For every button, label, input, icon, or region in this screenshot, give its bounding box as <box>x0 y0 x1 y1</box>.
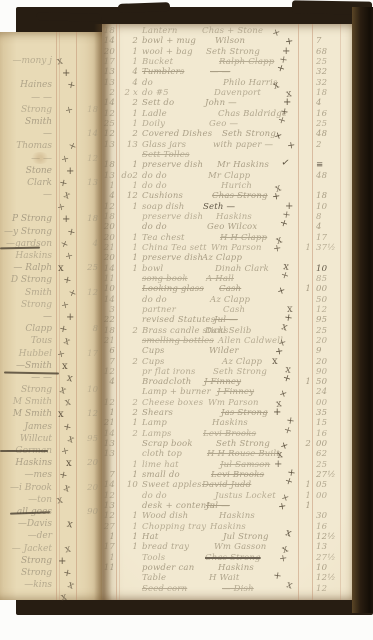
entry-buyer-name: Wilson <box>215 36 245 46</box>
check-mark: x <box>58 263 64 274</box>
fragment-name-text: Tous <box>0 336 52 347</box>
fragment-name-text: —kins <box>0 580 52 591</box>
entry-amount-dollars: 1 <box>298 284 311 294</box>
entry-date: 25 <box>93 119 115 129</box>
ledger-photo: { "colors": { "cover": "#271d12", "paper… <box>0 0 373 640</box>
left-page-fragment-row: Haskins + <box>0 251 104 263</box>
entry-amount-cents: 50 <box>316 377 342 387</box>
entry-quantity: 1 <box>117 511 138 521</box>
ledger-entry-row: 21 1 Lamp Haskins + 15 <box>102 418 354 428</box>
ledger-entry-row: 18 2 Brass candle sticks Danl Selib x 25 <box>102 326 354 336</box>
entry-item-text: Broadcloth <box>142 377 191 387</box>
entry-date: 1 <box>93 408 115 418</box>
entry-item-text: pr flat irons <box>142 367 196 377</box>
fragment-name-text: — — <box>0 373 52 384</box>
fragment-name-text: Haines <box>0 80 52 91</box>
check-mark: + <box>66 286 78 299</box>
entry-item-text: bread tray <box>142 542 189 552</box>
ledger-entry-row: 12 do do Justus Locket + 1 00 <box>102 491 354 501</box>
entry-amount-cents: 32 <box>316 67 342 77</box>
entry-item-text: Cups <box>142 357 165 367</box>
left-page-fragment-row: — 14 <box>0 129 104 141</box>
check-mark: x <box>56 56 64 68</box>
entry-quantity: 10 <box>117 480 138 490</box>
entry-item-text: preserve dish <box>142 160 203 170</box>
ledger-entry-row: 12 pr flat irons Seth Strong x 90 <box>102 367 354 377</box>
entry-date: 14 <box>93 264 115 274</box>
ledger-entry-row: 13 4 do Philo Harris x 32 <box>102 78 354 88</box>
fragment-name-text: D Strong <box>0 275 52 286</box>
entry-buyer-name: Seth — <box>203 202 235 212</box>
entry-amount-cents: 85 <box>316 274 342 284</box>
entry-buyer-name: Haskins <box>216 212 252 222</box>
ledger-entry-row: 17 1 bread tray Wm Gasson x 13 <box>102 542 354 552</box>
entry-buyer-name: Geo — <box>209 119 238 129</box>
entry-date: 13 <box>93 171 115 181</box>
left-page-fragment-row: Clapp + 8 <box>0 324 104 336</box>
ledger-entry-row: 14 1 bowl Dinah Clark x 10 <box>102 264 354 274</box>
entry-buyer-name: A Hall <box>206 274 234 284</box>
entry-amount-cents: 12½ <box>316 532 342 542</box>
entry-date: 18 <box>93 26 115 36</box>
entry-item-text: Sweet apples <box>142 480 202 490</box>
entry-buyer-name: John — <box>205 98 237 108</box>
ledger-entry-row: 14 2 Sett do John — + 4 <box>102 98 354 108</box>
entry-item-text: preserve dish <box>142 212 203 222</box>
entry-quantity: 2 <box>117 129 138 139</box>
entry-item-text: cloth top <box>142 449 182 459</box>
entry-quantity: 1 <box>117 47 138 57</box>
entry-buyer-name: Wilder <box>209 346 239 356</box>
entry-quantity: 1 <box>117 460 138 470</box>
entry-buyer-name: Haskins <box>210 522 246 532</box>
left-page-fragment-row: Strong + <box>0 300 104 312</box>
entry-date: 14 <box>93 36 115 46</box>
fragment-amount: 20 <box>78 458 98 469</box>
entry-item-text: Covered Dishes <box>142 129 212 139</box>
ledger-entry-row: 18 1 preserve dish Mr Haskins ✓ ≡ <box>102 160 354 170</box>
entry-item-text: do do <box>142 222 167 232</box>
left-page-entry-fragments: —mony j x + Haines + — — Strong + 18 Smi… <box>0 56 104 604</box>
check-mark: x <box>58 409 64 420</box>
entry-quantity: 1 <box>117 418 138 428</box>
left-page-fragment-row: P Strong + 18 <box>0 214 104 226</box>
left-page-fragment-row: Smith + 12 <box>0 288 104 300</box>
entry-date: 20 <box>93 222 115 232</box>
age-spot <box>30 152 50 164</box>
ledger-entry-row: 11 song book A Hall + 85 <box>102 274 354 284</box>
entry-date: 14 <box>93 429 115 439</box>
entry-amount-cents: 18 <box>316 88 342 98</box>
entry-buyer-name: Dinah Clark <box>215 264 269 274</box>
check-mark: x <box>62 482 72 494</box>
fragment-name-text: — <box>0 190 52 201</box>
check-mark: + <box>58 238 70 251</box>
entry-date: 4 <box>93 191 115 201</box>
entry-amount-cents: 00 <box>316 491 342 501</box>
entry-amount-cents: 10 <box>316 563 342 573</box>
entry-date: 1 <box>93 181 115 191</box>
check-mark: + <box>62 275 72 288</box>
fragment-name-text: —der <box>0 531 52 542</box>
fragment-name-text: Strong <box>0 568 52 579</box>
entry-item-text: do #5 <box>142 88 169 98</box>
fragment-name-text: Thomas <box>0 141 52 152</box>
left-page-fragment-row: Smith <box>0 117 104 129</box>
left-page-fragment-row: — Ralph x 25 <box>0 263 104 275</box>
check-mark: + <box>66 226 76 239</box>
entry-amount-cents: 00 <box>316 284 342 294</box>
entry-item-text: Looking glass <box>142 284 204 294</box>
entry-quantity: 12 <box>117 191 138 201</box>
entry-quantity: 2 <box>117 398 138 408</box>
entry-item-text: Tumblers <box>142 67 184 77</box>
entry-amount-cents: 32 <box>316 78 342 88</box>
check-mark: + <box>60 153 70 166</box>
left-page-fragment-row: Haskins x 20 <box>0 458 104 470</box>
ledger-entry-row: 14 10 Sweet apples David Judd + 1 05 <box>102 480 354 490</box>
ledger-entry-row: 11 powder can Haskins 10 <box>102 563 354 573</box>
ledger-entry-row: 6 Cups Wilder + 9 <box>102 346 354 356</box>
ledger-entry-row: 13 desk + contents Jul — + 1 <box>102 501 354 511</box>
entry-quantity: 2 <box>117 98 138 108</box>
check-mark: + <box>66 312 74 323</box>
entry-item-text: Scrap book <box>142 439 193 449</box>
entry-date: 12 <box>93 109 115 119</box>
check-mark: + <box>64 104 74 117</box>
entry-item-text: desk + contents <box>142 501 215 511</box>
check-mark: x <box>66 519 74 531</box>
fragment-name-text: Clapp <box>0 324 52 335</box>
ledger-entries: 18 Lantern Chas + Stone + 14 2 bowl + mu… <box>102 26 354 594</box>
fragment-name-text: —ton <box>0 495 52 506</box>
fragment-name-text: — Ralph <box>0 263 52 274</box>
ledger-entry-row: 1 lime hat Jul Samson + 25 <box>102 460 354 470</box>
entry-buyer-name: Levi Brooks <box>203 429 256 439</box>
entry-buyer-name: David Judd <box>202 480 251 490</box>
left-page-fragment-row: Stone + <box>0 166 104 178</box>
entry-item-text: revised Statutes <box>142 315 215 325</box>
ledger-entry-row: 13 do2 do do Mr Clapp 48 <box>102 171 354 181</box>
ledger-entry-row: 3 partner Cash x 12 <box>102 305 354 315</box>
entry-item-text: Cushions <box>142 191 183 201</box>
entry-date: 1 <box>93 553 115 563</box>
entry-buyer-name: Seth Strong <box>216 439 270 449</box>
entry-date: 12 <box>93 202 115 212</box>
fragment-name-text: Strong <box>0 300 52 311</box>
entry-buyer-name: Seth Strong <box>213 367 267 377</box>
entry-item-text: preserve dish <box>142 253 203 263</box>
left-page-fragment-row: —mes + <box>0 470 104 482</box>
entry-date: 13 <box>93 67 115 77</box>
left-page-fragment-row: —ton x <box>0 495 104 507</box>
fragment-name-text: —mes <box>0 470 52 481</box>
entry-item-text: Lamp + burner <box>142 387 211 397</box>
ledger-entry-row: 25 1 Doily Geo — + 25 <box>102 119 354 129</box>
entry-date: 22 <box>93 315 115 325</box>
entry-amount-cents: 27½ <box>316 553 342 563</box>
entry-quantity: 1 <box>117 109 138 119</box>
entry-item-text: Sett do <box>142 98 174 108</box>
check-mark: x <box>66 458 72 469</box>
fragment-name-text: Hubbel <box>0 349 52 360</box>
fragment-name-text: Haskins <box>0 251 52 262</box>
left-page-fragment-row: — — <box>0 93 104 105</box>
ledger-entry-row: 12 2 Cheese boxes Wm Parson x 00 <box>102 398 354 408</box>
entry-item-text: do do <box>142 295 167 305</box>
check-mark: x <box>66 433 76 445</box>
entry-amount-cents: 25 <box>316 57 342 67</box>
check-mark: + <box>60 299 70 312</box>
entry-amount-cents: 37½ <box>316 243 342 253</box>
entry-item-text: smelling bottles <box>142 336 214 346</box>
entry-date: 13 <box>93 78 115 88</box>
entry-quantity: 2 <box>117 408 138 418</box>
fragment-name-text: —Davis <box>0 519 52 530</box>
fragment-name-text: Strong <box>0 105 52 116</box>
entry-buyer-name: Geo Wilcox <box>207 222 257 232</box>
ledger-entry-row: 18 Lantern Chas + Stone + <box>102 26 354 36</box>
left-page-fragment-row: Hubbel + 17 <box>0 349 104 361</box>
left-page-fragment-row: Thomas + <box>0 141 104 153</box>
entry-date: 12 <box>93 511 115 521</box>
ledger-entry-row: 7 1 small do Levi Brooks + 27½ <box>102 470 354 480</box>
entry-buyer-name: Jul Strong <box>223 532 269 542</box>
entry-item-text: do do <box>142 171 167 181</box>
entry-amount-cents: 8 <box>316 212 342 222</box>
entry-buyer-name: Justus Locket <box>215 491 276 501</box>
entry-buyer-name: Davenport <box>214 88 261 98</box>
entry-amount-cents: 18 <box>316 191 342 201</box>
entry-quantity: 1 <box>117 243 138 253</box>
entry-amount-cents: 12½ <box>316 573 342 583</box>
left-page-fragment-row: Willcut x 95 <box>0 434 104 446</box>
entry-amount-cents: 16 <box>316 109 342 119</box>
entry-item-text: Cups <box>142 346 165 356</box>
entry-amount-cents: 10 <box>316 264 342 274</box>
left-page-fragment-row: — — x <box>0 373 104 385</box>
entry-date: 12 <box>93 129 115 139</box>
ledger-entry-row: 13 13 Glass jars with paper — + 2 <box>102 140 354 150</box>
entry-item-text: Glass jars <box>142 140 186 150</box>
entry-date: 21 <box>93 418 115 428</box>
entry-amount-cents: ≡ <box>316 160 342 170</box>
fragment-name-text: Strong <box>0 556 52 567</box>
fragment-name-text: —Smith <box>0 361 52 372</box>
check-mark: + <box>62 421 72 434</box>
check-mark: + <box>58 177 68 190</box>
entry-quantity: 1 <box>117 233 138 243</box>
entry-item-text: Table <box>142 573 166 583</box>
check-mark: + <box>62 567 72 580</box>
entry-amount-cents: 68 <box>316 47 342 57</box>
entry-amount-cents: 00 <box>316 398 342 408</box>
entry-amount-cents: 48 <box>316 129 342 139</box>
entry-buyer-name: Haskins <box>218 563 254 573</box>
entry-amount-cents: 25 <box>316 326 342 336</box>
entry-amount-cents: 7 <box>316 36 342 46</box>
entry-quantity: 1 <box>117 532 138 542</box>
entry-quantity: 4 <box>117 78 138 88</box>
left-page: —mony j x + Haines + — — Strong + 18 Smi… <box>0 32 104 600</box>
entry-amount-cents: 2 <box>316 140 342 150</box>
entry-item-text: bowl <box>142 264 163 274</box>
entry-quantity: 1 <box>117 522 138 532</box>
fragment-name-text: Haskins <box>0 458 52 469</box>
ledger-entry-row: 13 Scrap book Seth Strong + 2 00 <box>102 439 354 449</box>
ledger-entry-row: 12 2 Covered Dishes Seth Strong + 48 <box>102 129 354 139</box>
entry-amount-cents: 30 <box>316 511 342 521</box>
left-page-fragment-row: —kins x <box>0 580 104 592</box>
check-mark: x <box>64 397 72 409</box>
entry-buyer-name: Chas + Stone <box>202 26 263 36</box>
entry-quantity: 1 <box>117 181 138 191</box>
entry-buyer-name: Mr Clapp <box>208 171 250 181</box>
left-page-fragment-row: Strong + 18 <box>0 105 104 117</box>
entry-buyer-name: J Finney <box>217 387 254 397</box>
entry-quantity: 1 <box>117 119 138 129</box>
entry-buyer-name: with paper — <box>213 140 273 150</box>
entry-item-text: wool + bag <box>142 47 193 57</box>
ledger-entry-row: 13 4 Tumblers — — + 32 <box>102 67 354 77</box>
check-mark: x <box>66 372 74 384</box>
book-cover-edge-bump <box>118 2 170 13</box>
ledger-entry-row: 20 1 wool + bag Seth Strong + 68 <box>102 47 354 57</box>
entry-quantity: 13 <box>117 140 138 150</box>
entry-item-text: Lantern <box>142 26 178 36</box>
entry-buyer-name: Allen Caldwell <box>218 336 283 346</box>
entry-quantity: 1 <box>117 57 138 67</box>
ledger-entry-row: Seed corn — Dish x 12 <box>102 584 354 594</box>
entry-buyer-name: Chas Strong <box>205 553 261 563</box>
fragment-name-text: — <box>0 312 52 323</box>
entry-item-text: China Tea sett <box>142 243 207 253</box>
entry-amount-cents: 13 <box>316 542 342 552</box>
ledger-entry-row: 14 2 Lamps Levi Brooks + 16 <box>102 429 354 439</box>
fragment-name-text: — Jacket <box>0 544 52 555</box>
entry-buyer-name: Ralph Clapp <box>219 57 274 67</box>
entry-amount-cents: 25 <box>316 119 342 129</box>
entry-date: 13 <box>93 501 115 511</box>
entry-item-text: lime hat <box>142 460 179 470</box>
ledger-entry-row: 21 1 China Tea sett Wm Parson + 1 37½ <box>102 243 354 253</box>
check-mark: x <box>62 189 72 201</box>
entry-date: 4 <box>93 377 115 387</box>
entry-item-text: partner <box>142 305 176 315</box>
fragment-name-text: —mony j <box>0 56 52 67</box>
entry-item-text: bowl + mug <box>142 36 196 46</box>
fragment-name-text: Stone <box>0 166 52 177</box>
entry-date: 12 <box>93 398 115 408</box>
entry-buyer-name: — — <box>210 67 230 77</box>
entry-quantity: 1 <box>117 470 138 480</box>
entry-item-text: Cheese boxes <box>142 398 203 408</box>
entry-date: 13 <box>93 449 115 459</box>
entry-amount-dollars: 1 <box>298 243 311 253</box>
entry-amount-cents: 10 <box>316 202 342 212</box>
entry-amount-cents: 16 <box>316 522 342 532</box>
entry-item-text: Doily <box>142 119 165 129</box>
entry-quantity: 2 <box>117 429 138 439</box>
entry-amount-cents: 12 <box>316 305 342 315</box>
ledger-entry-row: 14 do do Az Clapp 50 <box>102 295 354 305</box>
left-page-fragment-row: —der <box>0 531 104 543</box>
entry-amount-cents: 05 <box>316 480 342 490</box>
left-page-fragment-row: — + <box>0 312 104 324</box>
ledger-entry-row: 12 1 soap dish Seth — + 10 <box>102 202 354 212</box>
entry-date: 14 <box>93 98 115 108</box>
entry-buyer-name: Wm Gasson <box>214 542 266 552</box>
left-page-fragment-row: —y Strong + <box>0 227 104 239</box>
ledger-entry-row: 1 1 Hat Jul Strong x 12½ <box>102 532 354 542</box>
entry-amount-cents: 20 <box>316 336 342 346</box>
left-page-fragment-row: — x <box>0 190 104 202</box>
entry-quantity: 2 <box>117 36 138 46</box>
entry-amount-cents: 62 <box>316 449 342 459</box>
ledger-entry-row: 4 Broadcloth J Finney + 1 50 <box>102 377 354 387</box>
ledger-entry-row: 20 do do Geo Wilcox + 4 <box>102 222 354 232</box>
fragment-name-text: Clark <box>0 178 52 189</box>
entry-quantity: 2 x <box>117 88 138 98</box>
check-mark: + <box>60 445 70 458</box>
entry-quantity: 1 <box>117 160 138 170</box>
entry-buyer-name: Wm Parson <box>211 243 262 253</box>
ledger-entry-row: 18 preserve dish Haskins + 8 <box>102 212 354 222</box>
entry-date: 27 <box>93 522 115 532</box>
fragment-name-text: — <box>0 129 52 140</box>
ledger-entry-row: 13 cloth top H H Rouse Built x 62 <box>102 449 354 459</box>
entry-quantity: 1 <box>117 202 138 212</box>
entry-quantity: 1 <box>117 253 138 263</box>
entry-buyer-name: Levi Brooks <box>211 470 264 480</box>
page-edge-stack <box>0 596 112 624</box>
check-mark: + <box>62 68 70 79</box>
fragment-name-text: — — <box>0 93 52 104</box>
fragment-name-text: M Smith <box>0 397 52 408</box>
entry-item-text: do do <box>142 181 167 191</box>
left-page-fragment-row: —i Brook x 20 <box>0 483 104 495</box>
entry-buyer-name: Jul Samson <box>220 460 270 470</box>
entry-buyer-name: Cash <box>219 284 241 294</box>
entry-date: 7 <box>93 470 115 480</box>
entry-amount-cents: 15 <box>316 418 342 428</box>
ledger-entry-row: Lamp + burner J Finney + 24 <box>102 387 354 397</box>
entry-date: 21 <box>93 336 115 346</box>
entry-date: 17 <box>93 542 115 552</box>
entry-date: 11 <box>93 274 115 284</box>
ledger-entry-row: 21 smelling bottles Allen Caldwell + 20 <box>102 336 354 346</box>
ledger-entry-row: 12 1 Ladle Chas Baldridge + 16 <box>102 109 354 119</box>
left-page-fragment-row: — — + 12 <box>0 154 104 166</box>
check-mark: x <box>62 336 72 348</box>
entry-item-text: Ladle <box>142 109 167 119</box>
check-mark: + <box>66 166 74 177</box>
entry-date: 20 <box>93 233 115 243</box>
entry-date: 2 <box>93 88 115 98</box>
check-mark: + <box>58 323 68 336</box>
entry-item-text: Wood dish <box>142 511 188 521</box>
entry-amount-cents: 17 <box>316 233 342 243</box>
fragment-name-text: —y Strong <box>0 227 52 238</box>
entry-amount-cents: 95 <box>316 315 342 325</box>
entry-date: 13 <box>93 439 115 449</box>
entry-amount-cents: 4 <box>316 222 342 232</box>
entry-quantity: 1 <box>117 264 138 274</box>
fragment-name-text: James <box>0 422 52 433</box>
entry-date: 20 <box>93 47 115 57</box>
left-page-fragment-row: Haines + <box>0 80 104 92</box>
entry-item-text: do <box>142 78 153 88</box>
